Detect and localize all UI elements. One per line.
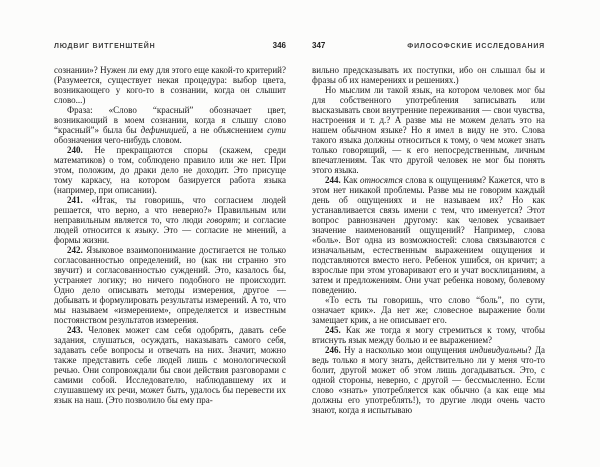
italic-text: языку — [135, 225, 157, 235]
page-left: ЛЮДВИГ ВИТГЕНШТЕЙН 346 сознании»? Нужен … — [54, 0, 286, 467]
italic-text: относятся — [360, 175, 403, 185]
page-right: 347 ФИЛОСОФСКИЕ ИССЛЕДОВАНИЯ вильно пред… — [312, 0, 545, 467]
book-scan: { "colors": { "background": "#fcfcfb", "… — [0, 0, 600, 467]
paragraph: Но мыслим ли такой язык, на котором чело… — [312, 85, 545, 175]
paragraph: 240. Не прекращаются споры (скажем, сред… — [54, 145, 286, 195]
text-segment: Как — [341, 175, 360, 185]
text-segment: Языковое взаимопонимание достигается не … — [54, 245, 286, 325]
paragraph: 243. Человек может сам себя одобрять, да… — [54, 325, 286, 405]
paragraph: сознании»? Нужен ли ему для этого еще ка… — [54, 65, 286, 105]
section-number: 241. — [67, 195, 83, 205]
text-segment: «То есть ты говоришь, что слово “боль”, … — [312, 295, 545, 325]
text-segment: Ну а насколько мои ощущения — [341, 345, 470, 355]
paragraph: «То есть ты говоришь, что слово “боль”, … — [312, 295, 545, 325]
paragraph: 246. Ну а насколько мои ощущения индивид… — [312, 345, 545, 415]
italic-text: говорят — [206, 215, 237, 225]
italic-text: дефиницией — [141, 125, 187, 135]
paragraph: 242. Языковое взаимопонимание достигаетс… — [54, 245, 286, 325]
text-segment: обозначения чего-нибудь словом. — [54, 135, 182, 145]
paragraph: вильно предсказывать их поступки, ибо он… — [312, 65, 545, 85]
page-number-left: 346 — [273, 41, 286, 50]
paragraph: Фраза: «Слово “красный” обозначает цвет,… — [54, 105, 286, 145]
paragraph: 244. Как относятся слова к ощущениям? Ка… — [312, 175, 545, 295]
section-number: 245. — [325, 325, 341, 335]
section-number: 240. — [67, 145, 83, 155]
running-head-right: 347 ФИЛОСОФСКИЕ ИССЛЕДОВАНИЯ — [312, 41, 545, 50]
text-segment: слова к ощущениям? Кажется, что в этом н… — [312, 175, 545, 295]
section-number: 244. — [325, 175, 341, 185]
running-head-author: ЛЮДВИГ ВИТГЕНШТЕЙН — [54, 43, 155, 50]
text-segment: ? Да ведь только я могу знать, действите… — [312, 345, 545, 415]
text-segment: Но мыслим ли такой язык, на котором чело… — [312, 85, 545, 175]
section-number: 242. — [67, 245, 83, 255]
running-head-book-title: ФИЛОСОФСКИЕ ИССЛЕДОВАНИЯ — [407, 43, 545, 50]
page-number-right: 347 — [312, 41, 325, 50]
running-head-left: ЛЮДВИГ ВИТГЕНШТЕЙН 346 — [54, 41, 286, 50]
section-number: 243. — [67, 325, 83, 335]
text-segment: Не прекращаются споры (скажем, среди мат… — [54, 145, 286, 195]
text-segment: , а не объяснением — [186, 125, 267, 135]
page-body-left: сознании»? Нужен ли ему для этого еще ка… — [54, 65, 286, 405]
page-body-right: вильно предсказывать их поступки, ибо он… — [312, 65, 545, 415]
text-segment: Человек может сам себя одобрять, давать … — [54, 325, 286, 405]
text-segment: вильно предсказывать их поступки, ибо он… — [312, 65, 545, 85]
paragraph: 245. Как же тогда я могу стремиться к то… — [312, 325, 545, 345]
italic-text: сути — [267, 125, 286, 135]
text-segment: Как же тогда я могу стремиться к тому, ч… — [312, 325, 545, 345]
paragraph: 241. «Итак, ты говоришь, что согласием л… — [54, 195, 286, 245]
section-number: 246. — [325, 345, 341, 355]
italic-text: индивидуальны — [470, 345, 528, 355]
text-segment: сознании»? Нужен ли ему для этого еще ка… — [54, 65, 286, 105]
